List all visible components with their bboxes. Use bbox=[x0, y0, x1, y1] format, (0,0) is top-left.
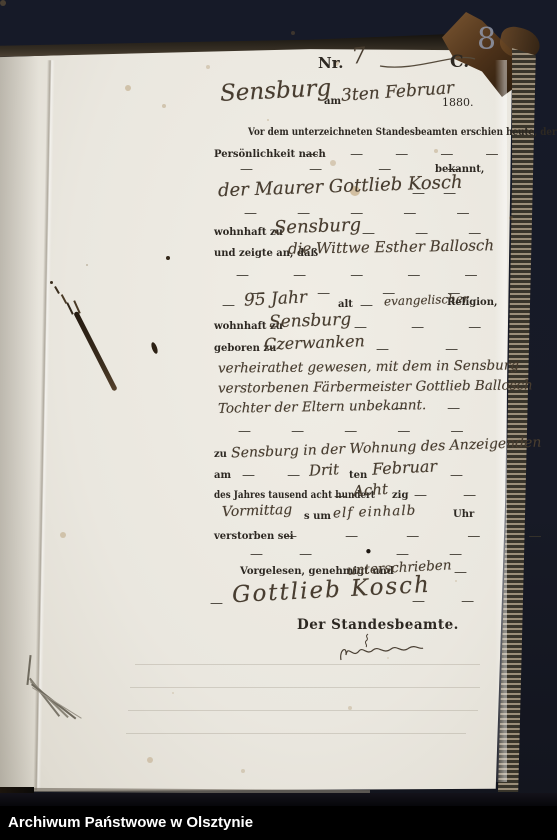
death-day-value: Drit bbox=[309, 460, 340, 480]
am-label: am bbox=[324, 96, 341, 107]
pencil-page-number: 8 bbox=[477, 22, 496, 57]
birthplace: Czerwanken bbox=[264, 331, 365, 354]
filler-dashes: — bbox=[222, 298, 242, 313]
page-curl-highlight bbox=[495, 60, 507, 782]
intro-line: Vor dem unterzeichneten Standesbeamten e… bbox=[248, 127, 557, 138]
ink-smudge bbox=[40, 250, 180, 410]
bleed-line bbox=[128, 710, 478, 711]
filler-dashes: — — — — — bbox=[238, 424, 482, 439]
filler-dashes: — — bbox=[376, 342, 484, 357]
foxing-spots bbox=[0, 0, 6, 6]
archive-scan: Nr. 7 C. 8 Sensburg am 3ten Februar 1880… bbox=[0, 0, 557, 840]
bleed-line bbox=[135, 664, 480, 665]
filler-dashes: — — bbox=[414, 488, 492, 503]
marital-line-2: verstorbenen Färbermeister Gottlieb Ball… bbox=[218, 377, 533, 396]
registrar-signature bbox=[338, 642, 426, 666]
marital-line-1: verheirathet gewesen, mit dem in Sensbur… bbox=[218, 357, 519, 376]
deceased-residence: Sensburg bbox=[269, 310, 352, 333]
form-number-value: 7 bbox=[351, 43, 368, 69]
book-shadow bbox=[0, 793, 557, 807]
ink-dot: • bbox=[364, 543, 373, 561]
zig-label: zig bbox=[392, 490, 408, 501]
filler-dashes: — — bbox=[412, 186, 463, 201]
bleed-line bbox=[126, 733, 466, 734]
record-year: 1880. bbox=[442, 96, 474, 109]
daytime-value: Vormittag bbox=[222, 502, 293, 520]
ten-label: ten bbox=[349, 470, 367, 481]
filler-dashes: — — bbox=[250, 547, 328, 562]
death-month-value: Februar bbox=[372, 456, 438, 478]
archive-bar: Archiwum Państwowe w Olsztynie bbox=[0, 806, 557, 840]
filler-dashes: — bbox=[454, 565, 474, 580]
age-value: 95 Jahr bbox=[244, 287, 308, 310]
filler-dashes: — bbox=[360, 298, 380, 313]
religion-label: Religion, bbox=[447, 297, 497, 308]
filler-dashes: — bbox=[450, 468, 470, 483]
deceased-line: die Wittwe Esther Ballosch bbox=[288, 236, 494, 258]
filler-dashes: — bbox=[334, 489, 354, 504]
filler-dashes: — — bbox=[394, 401, 478, 416]
declarant-residence: Sensburg bbox=[274, 214, 362, 238]
bleed-line bbox=[130, 687, 480, 688]
zu-label: zu bbox=[214, 449, 227, 460]
uhr-label: Uhr bbox=[453, 509, 474, 520]
verstorben-label: verstorben sei bbox=[214, 531, 294, 542]
wohnhaft-label-1: wohnhaft zu bbox=[214, 227, 283, 238]
filler-dashes: — — — — — bbox=[236, 268, 498, 283]
filler-dashes: — — — bbox=[354, 320, 501, 335]
filler-dashes: — — — — — bbox=[305, 147, 513, 162]
filler-dashes: — — bbox=[242, 468, 314, 483]
standesbeamte-label: Der Standesbeamte. bbox=[297, 617, 459, 633]
am-label-2: am bbox=[214, 470, 231, 481]
alt-label: alt bbox=[338, 299, 353, 310]
form-number-label: Nr. bbox=[318, 54, 343, 72]
filler-dashes: — — — — — bbox=[284, 529, 557, 544]
filler-dashes: — bbox=[210, 596, 230, 611]
binding-thread bbox=[24, 655, 94, 730]
decade-value: Acht bbox=[352, 480, 388, 500]
archive-bar-label: Archiwum Państwowe w Olsztynie bbox=[8, 814, 253, 831]
filler-dashes: — — bbox=[412, 594, 490, 609]
hour-value: elf einhalb bbox=[333, 503, 417, 522]
section-letter: C. bbox=[450, 52, 469, 72]
s-um-label: s um bbox=[304, 511, 331, 522]
